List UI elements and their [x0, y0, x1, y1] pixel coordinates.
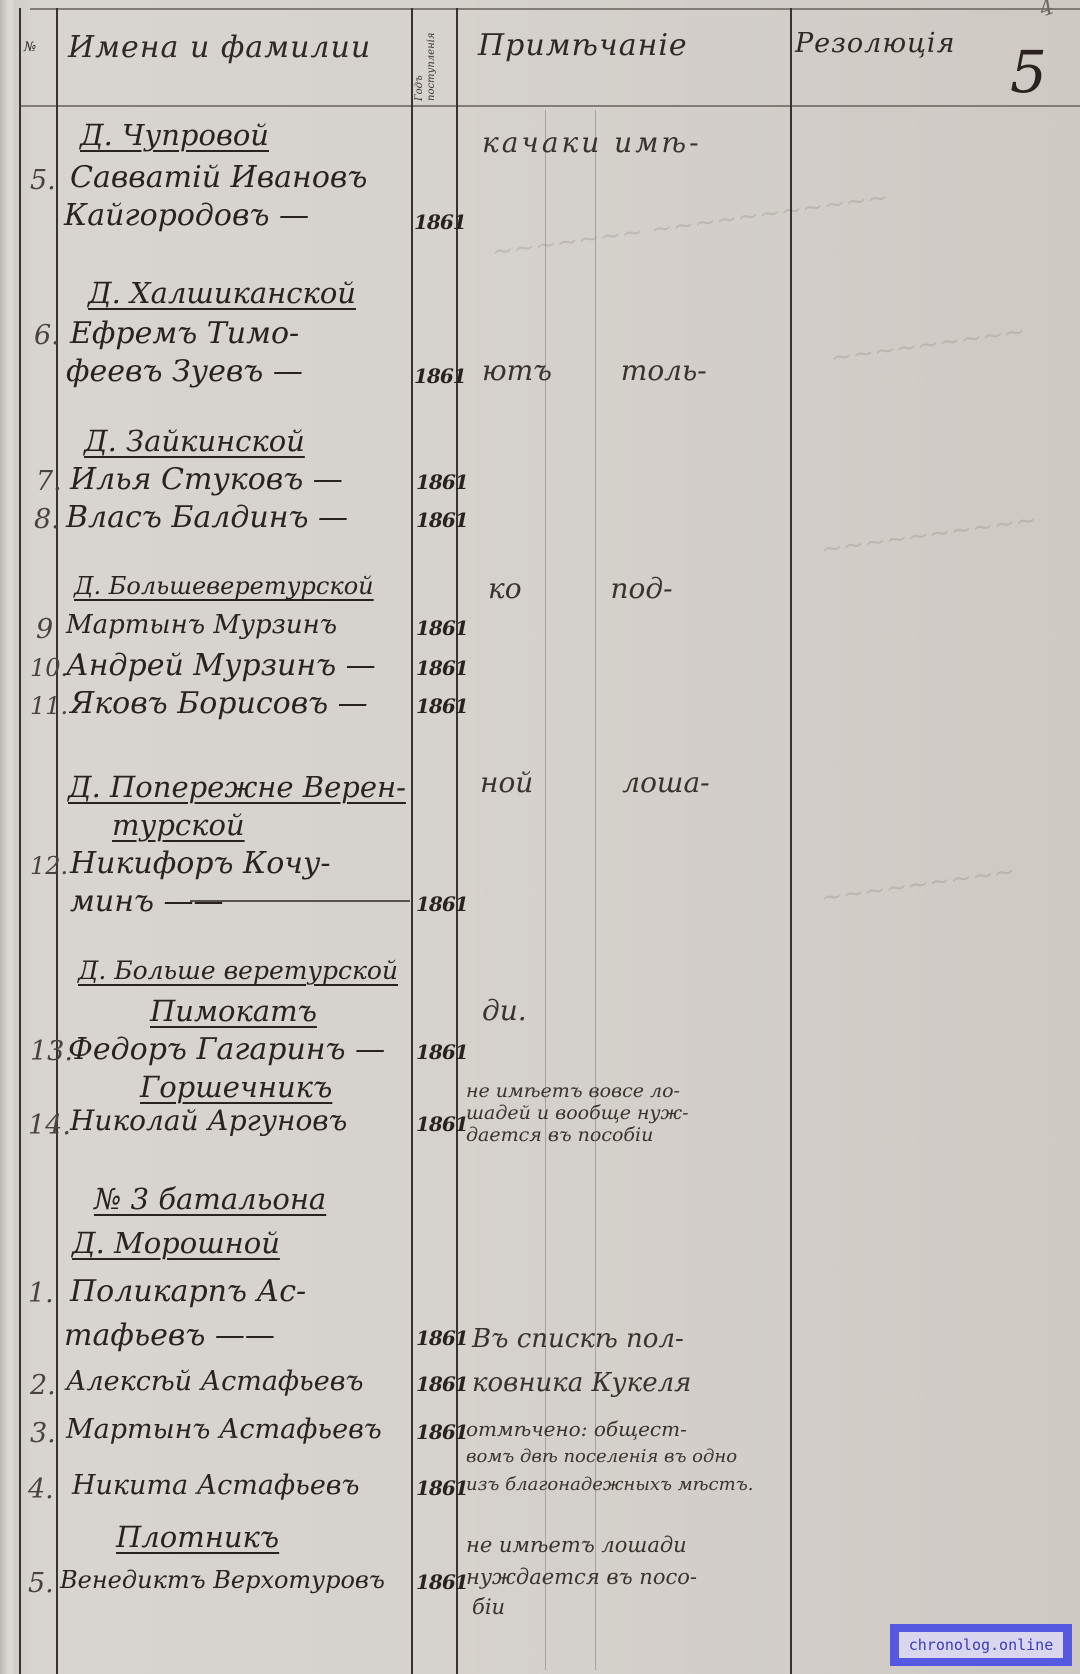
bleed-through: ~~~~~~~~~~	[819, 505, 1039, 565]
entry-name: Савватiй Ивановъ	[70, 160, 367, 195]
entry-number: 14.	[28, 1110, 71, 1141]
entry-name-cont: Кайгородовъ —	[64, 198, 309, 233]
entry-name: Федоръ Гагаринъ —	[68, 1032, 385, 1067]
entry-year: 1861	[414, 364, 466, 388]
filler-line	[190, 900, 410, 902]
village-heading: Д. Больше веретурской	[78, 956, 398, 985]
resolution-col-line	[790, 8, 792, 1674]
trade-heading: Плотникъ	[116, 1520, 279, 1554]
note-line: не имѣетъ лошади	[466, 1534, 687, 1556]
entry-number: 3.	[30, 1418, 56, 1449]
entry-name: Яковъ Борисовъ —	[70, 686, 368, 721]
entry-number: 10.	[30, 654, 68, 682]
top-rule	[30, 8, 1080, 10]
village-heading: Д. Морошной	[72, 1226, 280, 1260]
entry-number: 12.	[30, 852, 68, 880]
entry-name: Алексѣй Астафьевъ	[66, 1366, 363, 1397]
page-number: 5	[1010, 38, 1047, 106]
header-number: №	[24, 40, 37, 55]
entry-name-cont: феевъ Зуевъ —	[66, 354, 303, 389]
entry-number: 1.	[28, 1278, 54, 1309]
note-line: ковника Кукеля	[472, 1368, 691, 1398]
entry-name: Мартынъ Астафьевъ	[66, 1414, 382, 1445]
num-col-left-line	[19, 8, 21, 1674]
note-line: шадей и вообще нуж-	[466, 1102, 689, 1124]
note-line: Въ спискѣ пол-	[472, 1324, 684, 1354]
entry-year: 1861	[416, 616, 468, 640]
watermark-text: chronolog.online	[899, 1632, 1064, 1658]
trade-heading: Горшечникъ	[140, 1070, 332, 1104]
entry-year: 1861	[416, 470, 468, 494]
entry-year: 1861	[416, 508, 468, 532]
note-line: нуждается въ посо-	[466, 1566, 697, 1588]
corner-folio-mark: 4	[1036, 0, 1058, 23]
bleed-through: ~~~~~~~~~	[819, 857, 1017, 914]
entry-number: 5.	[28, 1568, 54, 1599]
note-line: ко под-	[488, 572, 673, 605]
entry-name: Поликарпъ Ас-	[70, 1274, 306, 1309]
village-heading: Д. Чупровой	[80, 118, 269, 152]
entry-number: 8.	[34, 504, 60, 535]
note-line: дается въ пособiи	[466, 1124, 653, 1146]
entry-year: 1861	[416, 1476, 468, 1500]
note-line: изъ благонадежныхъ мѣстъ.	[466, 1474, 753, 1496]
header-resolution: Резолюція	[795, 28, 955, 59]
trade-heading: Пимокатъ	[150, 994, 317, 1028]
note-line: ной лоша-	[480, 766, 710, 799]
village-heading: Д. Халшиканской	[88, 276, 356, 310]
num-col-right-line	[56, 8, 58, 1674]
bleed-through: ~~~~~~~~~	[829, 317, 1027, 374]
entry-number: 5.	[30, 165, 56, 196]
entry-year: 1861	[416, 892, 468, 916]
entry-name: Власъ Балдинъ —	[66, 500, 348, 535]
entry-year: 1861	[416, 694, 468, 718]
entry-name: Никита Астафьевъ	[72, 1470, 360, 1501]
entry-number: 4.	[28, 1474, 54, 1505]
village-heading-cont: турской	[112, 808, 245, 842]
note-line: качаки имѣ-	[482, 126, 702, 159]
entry-number: 11.	[30, 692, 68, 720]
entry-name: Никифоръ Кочу-	[70, 846, 330, 881]
entry-year: 1861	[414, 210, 466, 234]
entry-name: Андрей Мурзинъ —	[66, 648, 376, 683]
entry-year: 1861	[416, 1570, 468, 1594]
entry-year: 1861	[416, 1112, 468, 1136]
entry-name: Илья Стуковъ —	[70, 462, 343, 497]
entry-year: 1861	[416, 1040, 468, 1064]
entry-number: 9	[36, 614, 53, 645]
header-year: Годъ поступленія	[414, 6, 438, 101]
entry-number: 13.	[30, 1036, 73, 1067]
village-heading: Д. Зайкинской	[84, 424, 305, 458]
entry-name: Венедиктъ Верхотуровъ	[60, 1566, 385, 1594]
entry-year: 1861	[416, 1420, 468, 1444]
entry-year: 1861	[416, 1326, 468, 1350]
note-line: вомъ двѣ поселенiя въ одно	[466, 1446, 737, 1468]
header-names: Имена и фамилии	[68, 30, 371, 65]
village-heading: Д. Большеверетурской	[74, 572, 374, 600]
entry-number: 2.	[30, 1370, 56, 1401]
village-heading: Д. Попережне Верен-	[68, 770, 406, 804]
note-line: ди.	[482, 994, 527, 1027]
entry-name-cont: тафьевъ ——	[64, 1318, 275, 1353]
note-line: не имѣетъ вовсе ло-	[466, 1080, 680, 1102]
year-col-left-line	[411, 8, 413, 1674]
note-line: ютъ толь-	[482, 354, 707, 387]
entry-name: Ефремъ Тимо-	[70, 316, 299, 351]
entry-number: 6.	[34, 320, 60, 351]
entry-name: Николай Аргуновъ	[70, 1104, 347, 1137]
battalion-heading: № 3 батальона	[94, 1182, 326, 1216]
entry-year: 1861	[416, 656, 468, 680]
entry-year: 1861	[416, 1372, 468, 1396]
note-line: отмѣчено: общест-	[466, 1418, 687, 1440]
header-notes: Примѣчаніе	[478, 28, 688, 63]
note-line: бiи	[472, 1596, 505, 1618]
entry-name: Мартынъ Мурзинъ	[66, 610, 337, 640]
entry-number: 7.	[36, 466, 62, 497]
paper-edge	[0, 0, 16, 1674]
header-bottom-rule	[20, 105, 1080, 107]
bleed-through: ~~~~~~~ ~~~~~~~~~~~	[490, 182, 891, 267]
watermark-badge: chronolog.online	[890, 1624, 1072, 1666]
